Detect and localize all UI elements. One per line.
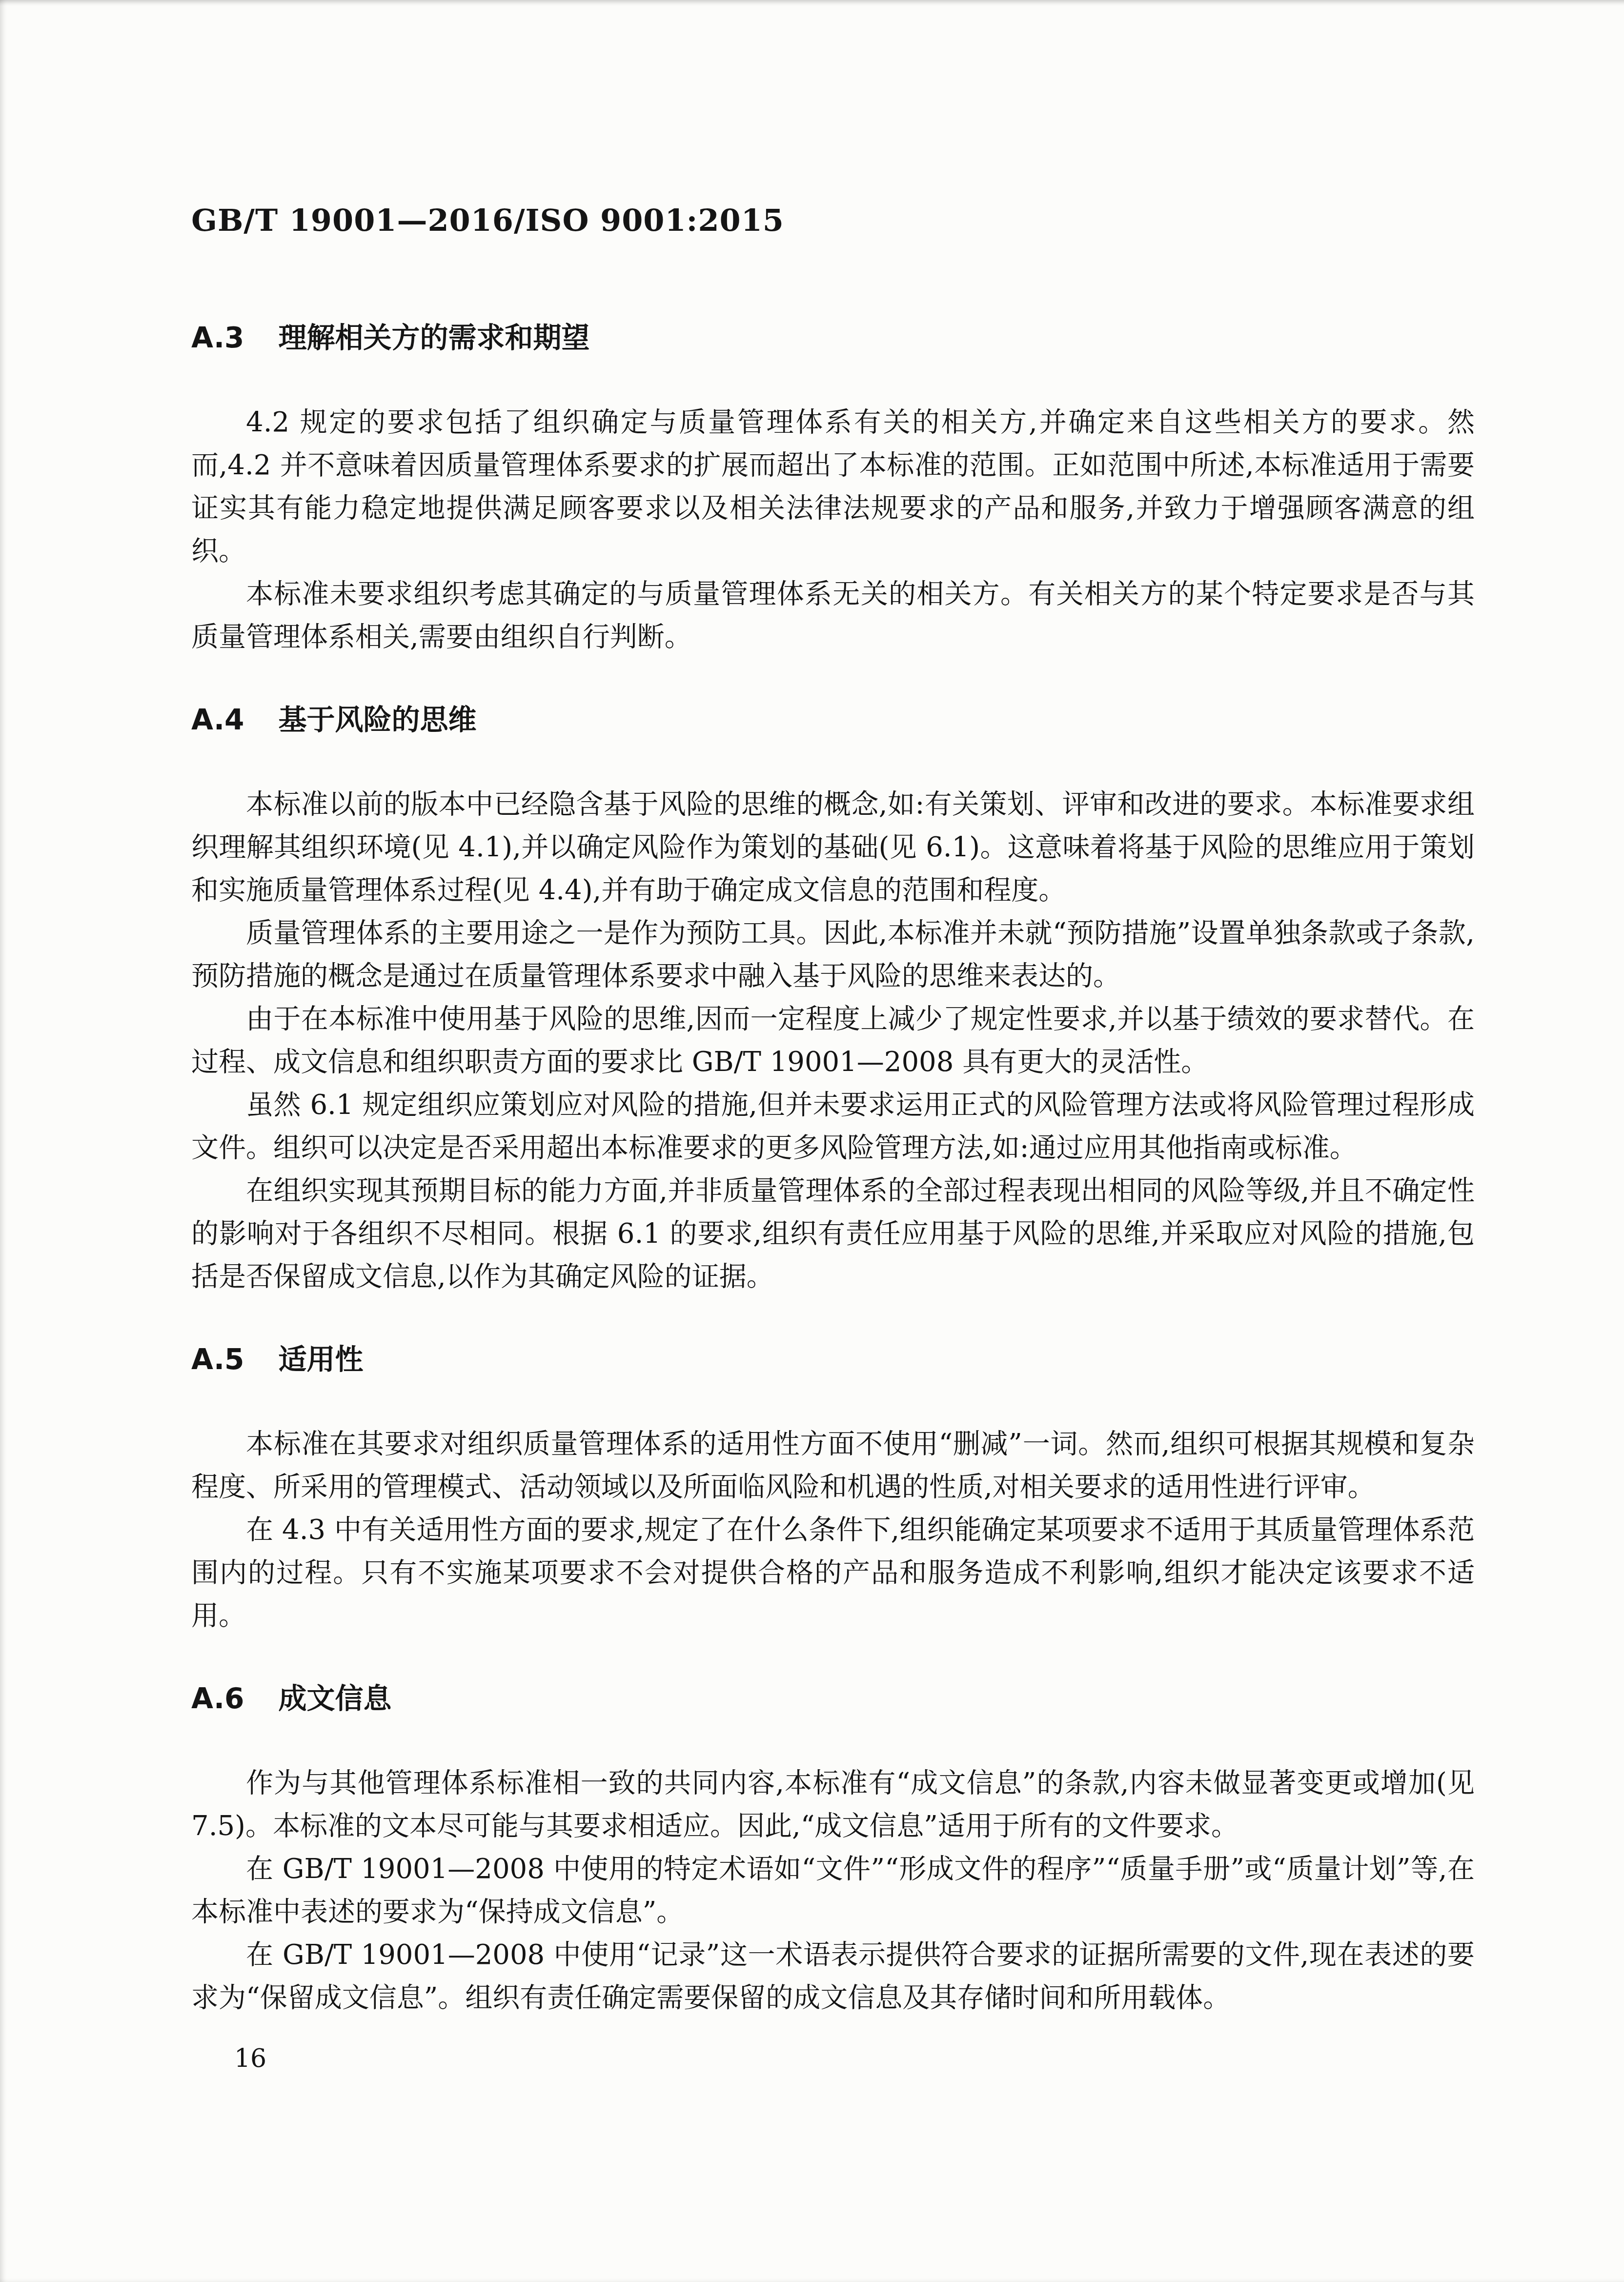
standard-number-header: GB/T 19001—2016/ISO 9001:2015 [191, 202, 1475, 239]
paragraph: 由于在本标准中使用基于风险的思维,因而一定程度上减少了规定性要求,并以基于绩效的… [191, 998, 1475, 1084]
section-a4-heading: A.4 基于风险的思维 [191, 698, 1475, 742]
section-a6: A.6 成文信息 作为与其他管理体系标准相一致的共同内容,本标准有“成文信息”的… [191, 1676, 1475, 2019]
section-number: A.6 [191, 1676, 244, 1720]
section-a3: A.3 理解相关方的需求和期望 4.2 规定的要求包括了组织确定与质量管理体系有… [191, 316, 1475, 659]
section-title: 适用性 [279, 1343, 364, 1376]
paragraph: 虽然 6.1 规定组织应策划应对风险的措施,但并未要求运用正式的风险管理方法或将… [191, 1084, 1475, 1170]
section-a3-heading: A.3 理解相关方的需求和期望 [191, 316, 1475, 360]
section-a4: A.4 基于风险的思维 本标准以前的版本中已经隐含基于风险的思维的概念,如:有关… [191, 698, 1475, 1298]
section-a5-heading: A.5 适用性 [191, 1337, 1475, 1381]
section-number: A.5 [191, 1337, 244, 1381]
paragraph: 在 GB/T 19001—2008 中使用“记录”这一术语表示提供符合要求的证据… [191, 1934, 1475, 2019]
page-content: GB/T 19001—2016/ISO 9001:2015 A.3 理解相关方的… [191, 0, 1475, 2076]
paragraph: 质量管理体系的主要用途之一是作为预防工具。因此,本标准并未就“预防措施”设置单独… [191, 912, 1475, 998]
section-number: A.4 [191, 698, 244, 742]
section-number: A.3 [191, 316, 244, 360]
paragraph: 在 GB/T 19001—2008 中使用的特定术语如“文件”“形成文件的程序”… [191, 1848, 1475, 1934]
paragraph: 在组织实现其预期目标的能力方面,并非质量管理体系的全部过程表现出相同的风险等级,… [191, 1170, 1475, 1298]
paragraph: 本标准以前的版本中已经隐含基于风险的思维的概念,如:有关策划、评审和改进的要求。… [191, 783, 1475, 912]
section-a5: A.5 适用性 本标准在其要求对组织质量管理体系的适用性方面不使用“删减”一词。… [191, 1337, 1475, 1637]
paragraph: 在 4.3 中有关适用性方面的要求,规定了在什么条件下,组织能确定某项要求不适用… [191, 1509, 1475, 1637]
paragraph: 本标准未要求组织考虑其确定的与质量管理体系无关的相关方。有关相关方的某个特定要求… [191, 573, 1475, 659]
page-number: 16 [234, 2041, 1475, 2076]
section-title: 成文信息 [279, 1682, 392, 1715]
paragraph: 作为与其他管理体系标准相一致的共同内容,本标准有“成文信息”的条款,内容未做显著… [191, 1762, 1475, 1848]
section-title: 理解相关方的需求和期望 [279, 321, 590, 354]
paragraph: 4.2 规定的要求包括了组织确定与质量管理体系有关的相关方,并确定来自这些相关方… [191, 401, 1475, 573]
document-page: GB/T 19001—2016/ISO 9001:2015 A.3 理解相关方的… [0, 0, 1624, 2282]
section-a6-heading: A.6 成文信息 [191, 1676, 1475, 1720]
section-title: 基于风险的思维 [279, 703, 477, 736]
paragraph: 本标准在其要求对组织质量管理体系的适用性方面不使用“删减”一词。然而,组织可根据… [191, 1423, 1475, 1509]
